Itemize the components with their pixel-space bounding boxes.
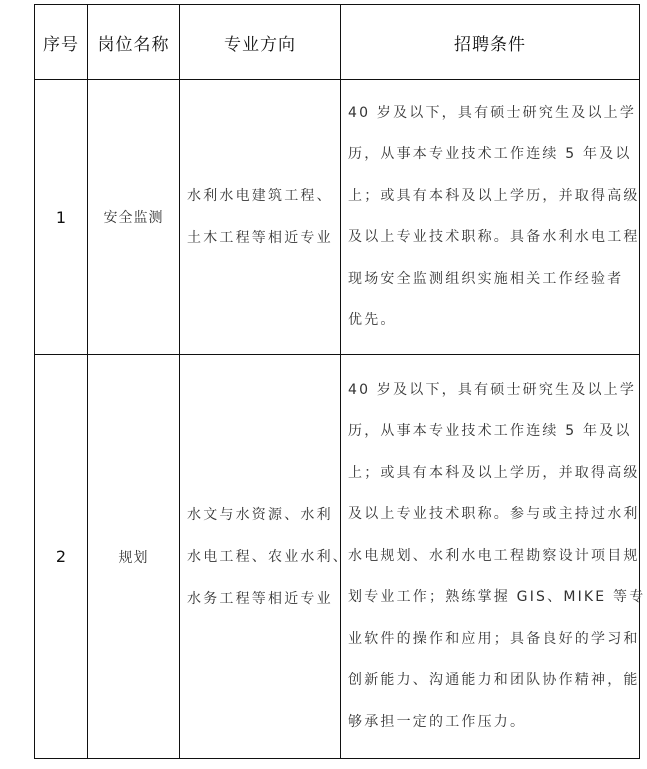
major-line: 水文与水资源、水利 — [187, 494, 336, 536]
condition-line: 现场安全监测组织实施相关工作经验者 — [348, 259, 633, 301]
condition-line: 优先。 — [348, 300, 633, 342]
condition-line: 历，从事本专业技术工作连续 5 年及以 — [348, 411, 633, 453]
major-line: 土木工程等相近专业 — [187, 217, 336, 259]
header-conditions: 招聘条件 — [341, 5, 640, 80]
cell-position: 安全监测 — [88, 80, 180, 355]
cell-index: 2 — [35, 355, 88, 759]
condition-line: 创新能力、沟通能力和团队协作精神，能 — [348, 660, 633, 702]
header-position: 岗位名称 — [88, 5, 180, 80]
cell-major: 水文与水资源、水利 水电工程、农业水利、 水务工程等相近专业 — [180, 355, 341, 759]
condition-line: 40 岁及以下，具有硕士研究生及以上学 — [348, 93, 633, 135]
cell-index: 1 — [35, 80, 88, 355]
header-index: 序号 — [35, 5, 88, 80]
table-header-row: 序号 岗位名称 专业方向 招聘条件 — [35, 5, 640, 80]
condition-line: 及以上专业技术职称。具备水利水电工程 — [348, 217, 633, 259]
header-major: 专业方向 — [180, 5, 341, 80]
condition-line: 够承担一定的工作压力。 — [348, 702, 633, 744]
recruitment-table: 序号 岗位名称 专业方向 招聘条件 1 安全监测 水利水电建筑工程、 土木工程等… — [34, 4, 640, 759]
cell-major: 水利水电建筑工程、 土木工程等相近专业 — [180, 80, 341, 355]
condition-line: 水电规划、水利水电工程勘察设计项目规 — [348, 536, 633, 578]
cell-conditions: 40 岁及以下，具有硕士研究生及以上学 历，从事本专业技术工作连续 5 年及以 … — [341, 80, 640, 355]
condition-line: 上；或具有本科及以上学历，并取得高级 — [348, 453, 633, 495]
major-line: 水务工程等相近专业 — [187, 578, 336, 620]
cell-position: 规划 — [88, 355, 180, 759]
condition-line: 历，从事本专业技术工作连续 5 年及以 — [348, 134, 633, 176]
major-line: 水电工程、农业水利、 — [187, 536, 336, 578]
cell-conditions: 40 岁及以下，具有硕士研究生及以上学 历，从事本专业技术工作连续 5 年及以 … — [341, 355, 640, 759]
major-line: 水利水电建筑工程、 — [187, 175, 336, 217]
condition-line: 上；或具有本科及以上学历，并取得高级 — [348, 176, 633, 218]
condition-line: 及以上专业技术职称。参与或主持过水利 — [348, 494, 633, 536]
condition-line: 划专业工作；熟练掌握 GIS、MIKE 等专 — [348, 577, 633, 619]
condition-line: 40 岁及以下，具有硕士研究生及以上学 — [348, 370, 633, 412]
table-row: 1 安全监测 水利水电建筑工程、 土木工程等相近专业 40 岁及以下，具有硕士研… — [35, 80, 640, 355]
condition-line: 业软件的操作和应用；具备良好的学习和 — [348, 619, 633, 661]
table-row: 2 规划 水文与水资源、水利 水电工程、农业水利、 水务工程等相近专业 40 岁… — [35, 355, 640, 759]
